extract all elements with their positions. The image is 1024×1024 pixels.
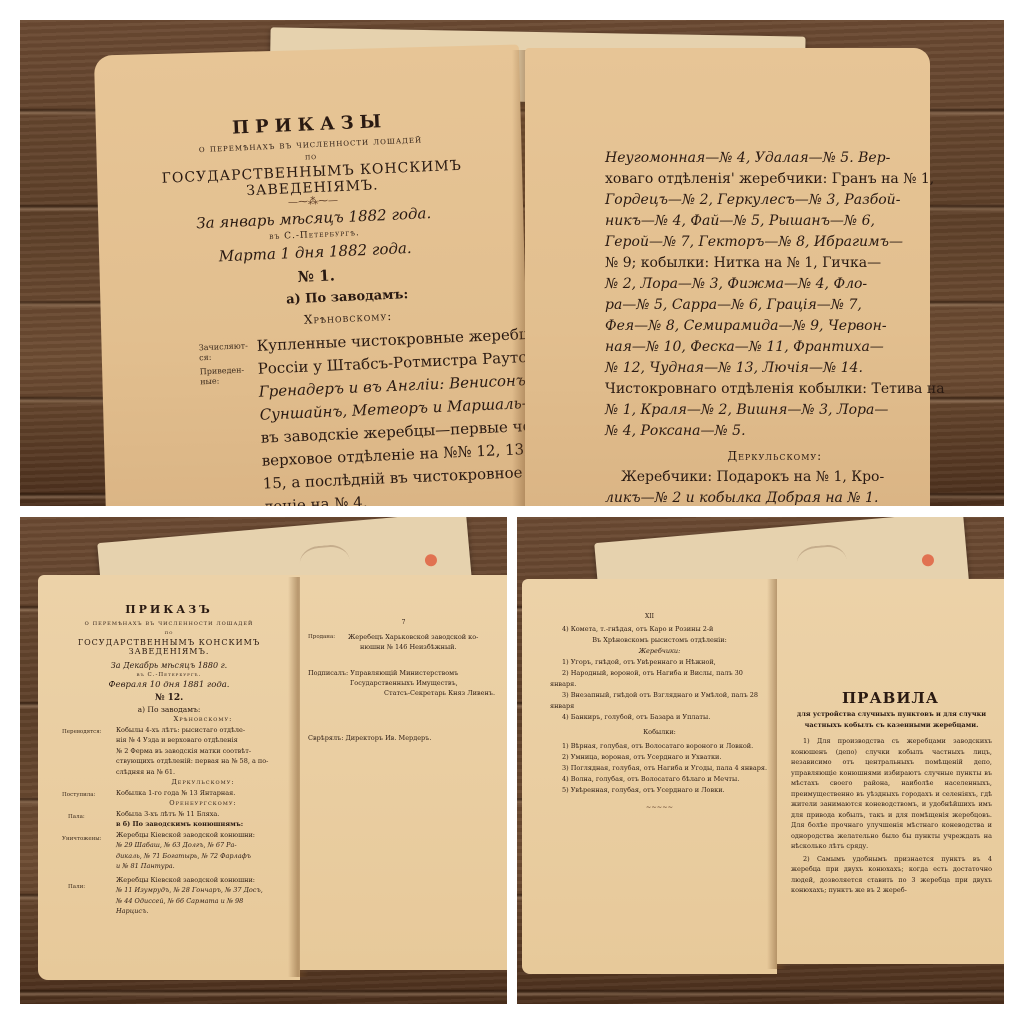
page-mark: 7 (300, 619, 507, 626)
page-mark: XII (522, 613, 777, 620)
body-line: Герой—№ 7, Гекторъ—№ 8, Ибрагимъ— (605, 232, 945, 253)
body-line: ствующихъ отдѣленій: первая на № 58, а п… (116, 756, 290, 767)
signatory-line: Управляющій Министерствомъ (350, 669, 458, 677)
filly-entry: 3) Поглядная, голубая, отъ Нагиба и Угод… (550, 763, 769, 774)
colt-entry: 3) Внезапный, гнѣдой отъ Взгляднаго и Ум… (550, 690, 769, 712)
right-book-page: 7 Продана: Жеребецъ Харьковской заводско… (300, 575, 507, 970)
body-line: нюшни № 146 Неизбѣжный. (348, 642, 507, 652)
verified-label: Сврѣрялъ: (308, 734, 343, 742)
body-line: Жеребцы Кіевской заводской конюшни: (116, 830, 290, 841)
body-line: Кобыла 3-хъ лѣтъ № 11 Бляха. (116, 809, 290, 820)
body-line: Чистокровнаго отдѣленія кобылки: Тетива … (605, 379, 945, 400)
body-line: № 11 Изумрудъ, № 28 Гончаръ, № 37 Досъ, (116, 885, 290, 896)
margin-note-brought: Приведен-ные: (200, 365, 251, 387)
body-line: № 12, Чудная—№ 13, Лючія—№ 14. (605, 358, 945, 379)
verified-text: Директоръ Ив. Мердеръ. (346, 734, 432, 742)
body-line: Жеребцы Кіевской заводской конюшни: (116, 875, 290, 886)
subtitle-po: по (38, 629, 300, 636)
body-line: № 1, Краля—№ 2, Вишня—№ 3, Лора— (605, 400, 945, 421)
body-line: Жеребчики: Подарокъ на № 1, Кро- (605, 467, 945, 488)
rules-title: ПРАВИЛА (777, 689, 1004, 707)
factory-heading: Хрѣновскому: (116, 714, 290, 725)
filly-entry: 4) Волна, голубая, отъ Волосатаго бѣлаго… (550, 774, 769, 785)
margin-note: Уничтожены: (62, 834, 102, 844)
body-line: нія № 4 Узда и верховаго отдѣленія (116, 735, 290, 746)
margin-note: Переводятся: (62, 727, 102, 737)
rules-subtitle: для устройства случныхъ пунктовъ и для с… (791, 709, 992, 730)
body-line: и № 81 Пантура. (116, 861, 290, 872)
factory-heading: Деркульскому: (605, 446, 945, 467)
section-heading: в б) По заводскимъ конюшнямъ: (116, 819, 290, 830)
bottom-right-photo: XII 4) Комета, т.-гнѣдая, отъ Каро и Роз… (517, 517, 1004, 1004)
body-line: никъ—№ 4, Фай—№ 5, Рышанъ—№ 6, (605, 211, 945, 232)
city: въ С.-Петербургѣ. (38, 672, 300, 678)
rules-paragraph-1: 1) Для производства съ жеребцами заводск… (791, 736, 992, 852)
margin-note-enrolled: Зачисляют-ся: (199, 341, 250, 363)
bottom-left-photo: ПРИКАЗЪ о перемѣнахъ въ численности лоша… (20, 517, 507, 1004)
document-title: ПРИКАЗЪ (38, 603, 300, 616)
left-book-page: ПРИКАЗЪ о перемѣнахъ въ численности лоша… (38, 575, 300, 980)
institution-name: ГОСУДАРСТВЕННЫМЪ КОНСКИМЪ ЗАВЕДЕНІЯМЪ. (38, 638, 300, 656)
signed-label: Подписалъ: (308, 669, 348, 677)
rules-paragraph-2: 2) Самымъ удобнымъ признается пунктъ въ … (791, 854, 992, 896)
red-stamp-icon (424, 554, 437, 567)
margin-note: Пала: (68, 812, 85, 822)
margin-note: Продана: (308, 632, 335, 642)
right-book-page: ПРАВИЛА для устройства случныхъ пунктовъ… (777, 579, 1004, 964)
body-line: Неугомонная—№ 4, Удалая—№ 5. Вер- (605, 148, 945, 169)
section-heading: а) По заводамъ: (38, 705, 300, 714)
document-subtitle: о перемѣнахъ въ численности лошадей (38, 619, 300, 627)
margin-note: Поступила: (62, 790, 95, 800)
filly-entry: 2) Умница, вороная, отъ Усерднаго и Ухва… (550, 752, 769, 763)
body-line: № 29 Шабаш, № 63 Долгъ, № 67 Ра- (116, 840, 290, 851)
factory-heading: Деркульскому: (116, 777, 290, 788)
filly-entry: 5) Увѣренная, голубая, отъ Усерднаго и Л… (550, 785, 769, 796)
colt-entry: 4) Банкиръ, голубой, отъ Базара и Уплаты… (550, 712, 769, 723)
body-line: № 2, Лора—№ 3, Фижма—№ 4, Фло- (605, 274, 945, 295)
right-book-page: Неугомонная—№ 4, Удалая—№ 5. Вер- ховаго… (525, 48, 930, 506)
ornament-divider: ~~~~~ (550, 802, 769, 813)
left-book-page: XII 4) Комета, т.-гнѣдая, отъ Каро и Роз… (522, 579, 777, 974)
left-book-page: ПРИКАЗЫ о перемѣнахъ въ численности лоша… (94, 45, 531, 506)
body-line: Гордецъ—№ 2, Геркулесъ—№ 3, Разбой- (605, 190, 945, 211)
body-line: Жеребецъ Харьковской заводской ко- (348, 632, 507, 642)
signatory-line: Государственныхъ Имуществъ, (308, 678, 507, 688)
top-photo: ПРИКАЗЫ о перемѣнахъ въ численности лоша… (20, 20, 1004, 506)
body-line: ная—№ 10, Феска—№ 11, Франтиха— (605, 337, 945, 358)
colt-entry: 2) Народный, вороной, отъ Нагиба и Вислы… (550, 668, 769, 690)
body-line: Кобылка 1-го года № 13 Янтарная. (116, 788, 290, 799)
body-line: № 44 Одиссей, № 66 Сармата и № 98 (116, 896, 290, 907)
section-heading: Въ Хрѣновскомъ рысистомъ отдѣленіи: (550, 635, 769, 646)
body-line: ликъ—№ 2 и кобылка Добрая на № 1. (605, 488, 945, 506)
body-line: Фея—№ 8, Семирамида—№ 9, Червон- (605, 316, 945, 337)
margin-note: Пали: (68, 882, 85, 892)
factory-heading: Оренбургскому: (116, 798, 290, 809)
issue-date: Февраля 10 дня 1881 года. (38, 680, 300, 690)
filly-entry: 1) Вѣрная, голубая, отъ Волосатаго ворон… (550, 741, 769, 752)
body-line: ра—№ 5, Сарра—№ 6, Грація—№ 7, (605, 295, 945, 316)
body-line: Нарцисъ. (116, 906, 290, 917)
signatory-line: Статсъ-Секретарь Княз Ливенъ. (308, 688, 507, 698)
body-line: дикаль, № 71 Богатырь, № 72 Фарлафъ (116, 851, 290, 862)
colt-entry: 1) Угоръ, гнѣдой, отъ Увѣреннаго и Нѣжно… (550, 657, 769, 668)
body-line: № 9; кобылки: Нитка на № 1, Гичка— (605, 253, 945, 274)
red-stamp-icon (921, 554, 934, 567)
body-line: слѣдняя на № 61. (116, 767, 290, 778)
body-line: Кобылы 4-хъ лѣтъ: рысистаго отдѣле- (116, 725, 290, 736)
body-line: № 4, Роксана—№ 5. (605, 421, 945, 442)
body-line: ховаго отдѣленія' жеребчики: Гранъ на № … (605, 169, 945, 190)
body-line: 4) Комета, т.-гнѣдая, отъ Каро и Розины … (550, 624, 769, 635)
report-period: За Декабрь мѣсяцъ 1880 г. (38, 661, 300, 670)
subsection-heading: Жеребчики: (550, 646, 769, 657)
order-number: № 12. (38, 693, 300, 703)
subsection-heading: Кобылки: (550, 727, 769, 738)
body-line: № 2 Ферма въ заводскія матки соотвѣт- (116, 746, 290, 757)
